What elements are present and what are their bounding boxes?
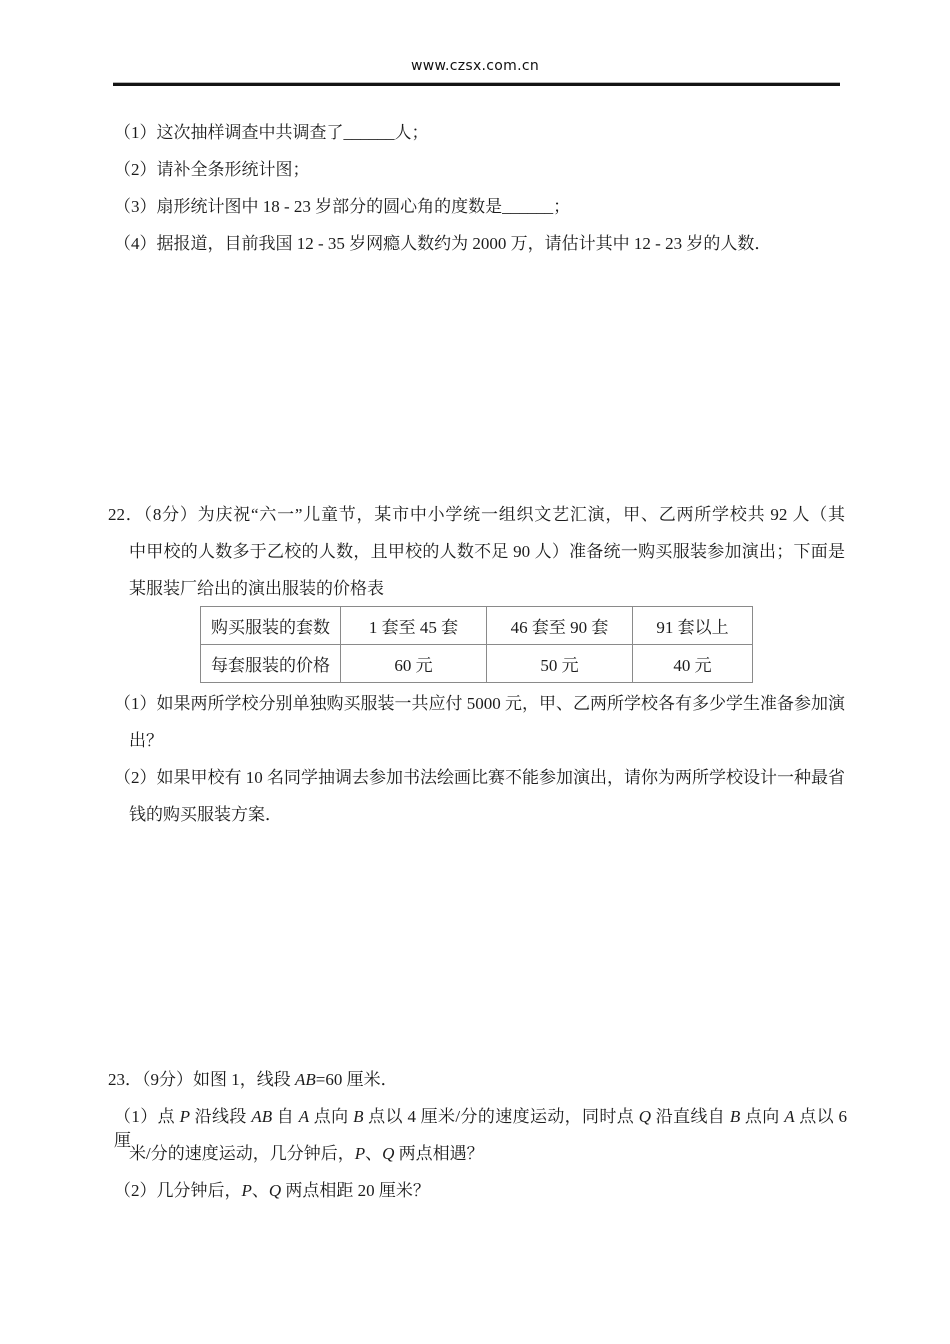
price-table-cell: 每套服装的价格 [201, 645, 341, 683]
q22-part2-line1: （2）如果甲校有 10 名同学抽调去参加书法绘画比赛不能参加演出，请你为两所学校… [114, 766, 845, 790]
q21-part3: （3）扇形统计图中 18 - 23 岁部分的圆心角的度数是______； [114, 195, 570, 219]
q22-stem-line1: 22．（8分）为庆祝“六一”儿童节，某市中小学统一组织文艺汇演，甲、乙两所学校共… [108, 503, 845, 527]
header-site-url: www.czsx.com.cn [0, 58, 950, 74]
q22-part2-line2: 钱的购买服装方案． [129, 803, 282, 827]
price-table-cell: 40 元 [633, 645, 753, 683]
price-table-cell: 1 套至 45 套 [341, 607, 487, 645]
price-table-cell: 60 元 [341, 645, 487, 683]
header-divider [113, 82, 840, 86]
q22-stem-line2: 中甲校的人数多于乙校的人数，且甲校的人数不足 90 人）准备统一购买服装参加演出… [129, 540, 845, 564]
q23-stem-line1: 23．（9分）如图 1，线段 AB=60 厘米． [108, 1068, 398, 1092]
q21-part2: （2）请补全条形统计图； [114, 158, 310, 182]
q22-price-table: 购买服装的套数 1 套至 45 套 46 套至 90 套 91 套以上 每套服装… [200, 606, 753, 683]
q23-part2-line1: （2）几分钟后，P、Q 两点相距 20 厘米？ [114, 1179, 430, 1203]
q22-part1-line1: （1）如果两所学校分别单独购买服装一共应付 5000 元，甲、乙两所学校各有多少… [114, 692, 845, 716]
price-table-cell: 购买服装的套数 [201, 607, 341, 645]
q23-part1-line2: 米/分的速度运动，几分钟后，P、Q 两点相遇？ [129, 1142, 484, 1166]
price-table-row-price: 每套服装的价格 60 元 50 元 40 元 [201, 645, 753, 683]
price-table-cell: 50 元 [487, 645, 633, 683]
q22-part1-line2: 出？ [129, 729, 163, 753]
exam-page: www.czsx.com.cn （1）这次抽样调查中共调查了______人； （… [0, 0, 950, 1344]
price-table-cell: 46 套至 90 套 [487, 607, 633, 645]
q21-part1: （1）这次抽样调查中共调查了______人； [114, 121, 429, 145]
q22-stem-line3: 某服装厂给出的演出服装的价格表 [129, 577, 384, 601]
q21-part4: （4）据报道，目前我国 12 - 35 岁网瘾人数约为 2000 万，请估计其中… [114, 232, 771, 256]
price-table-row-quantity: 购买服装的套数 1 套至 45 套 46 套至 90 套 91 套以上 [201, 607, 753, 645]
price-table-cell: 91 套以上 [633, 607, 753, 645]
